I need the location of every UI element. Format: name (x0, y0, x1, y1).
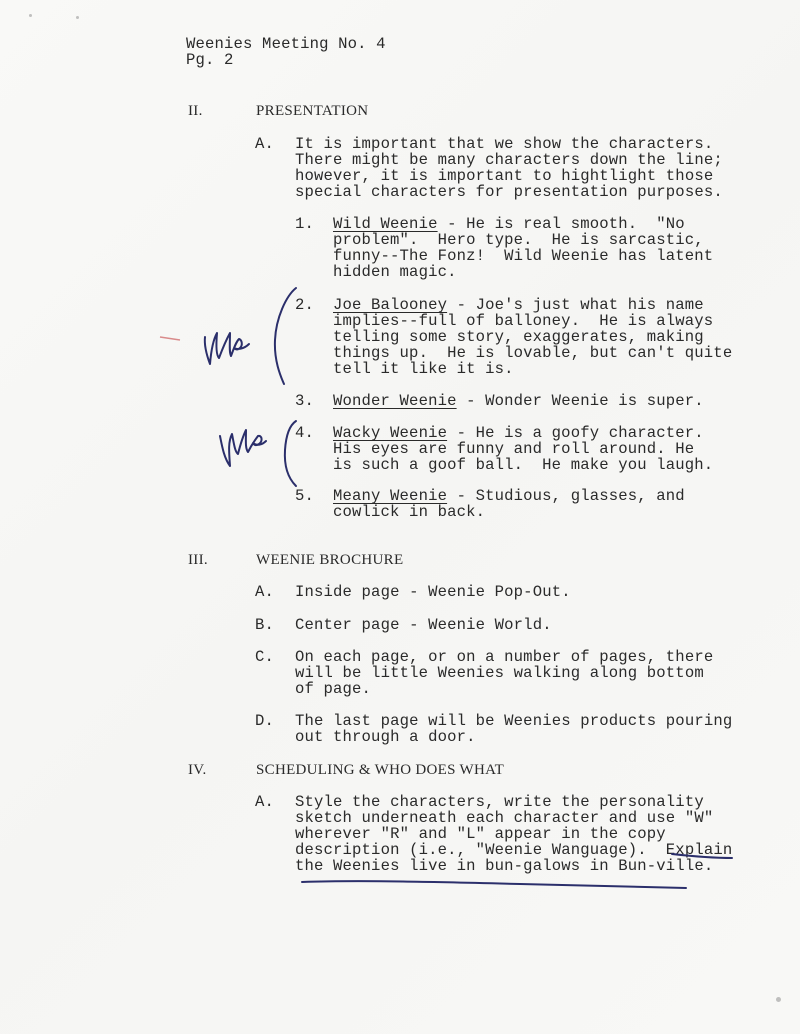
section-heading-presentation: PRESENTATION (256, 103, 368, 119)
paragraph-line: will be little Weenies walking along bot… (295, 665, 704, 681)
paragraph-line: The last page will be Weenies products p… (295, 713, 732, 729)
item-letter: D. (255, 713, 274, 729)
paragraph-line: problem". Hero type. He is sarcastic, (333, 232, 704, 248)
character-number: 5. (295, 488, 314, 504)
handwritten-note-roles-2 (220, 430, 266, 466)
paragraph-line: telling some story, exaggerates, making (333, 329, 704, 345)
paragraph-line: things up. He is lovable, but can't quit… (333, 345, 732, 361)
item-letter: B. (255, 617, 274, 633)
red-mark (160, 337, 180, 340)
item-letter-a: A. (255, 136, 274, 152)
section-numeral-iii: III. (188, 552, 208, 568)
section-numeral-ii: II. (188, 103, 203, 119)
item-letter-a: A. (255, 794, 274, 810)
paragraph-line: Style the characters, write the personal… (295, 794, 704, 810)
paragraph-line: description (i.e., "Weenie Wanguage). Ex… (295, 842, 732, 858)
paragraph-line: It is important that we show the charact… (295, 136, 713, 152)
section-heading-scheduling: SCHEDULING & WHO DOES WHAT (256, 762, 504, 778)
paragraph-line: hidden magic. (333, 264, 457, 280)
paper-speck (76, 16, 79, 19)
character-entry-wacky-weenie: Wacky Weenie - He is a goofy character. (333, 425, 704, 441)
document-page: Weenies Meeting No. 4 Pg. 2 II. PRESENTA… (0, 0, 800, 1034)
paper-speck (776, 997, 781, 1002)
paragraph-line: implies--full of balloney. He is always (333, 313, 713, 329)
document-title: Weenies Meeting No. 4 (186, 36, 386, 52)
section-numeral-iv: IV. (188, 762, 207, 778)
paper-speck (29, 14, 32, 17)
handwritten-note-roles-1 (205, 333, 249, 364)
paragraph-line: wherever "R" and "L" appear in the copy (295, 826, 666, 842)
bracket-icon (275, 288, 296, 384)
paragraph-line: His eyes are funny and roll around. He (333, 441, 694, 457)
character-number: 2. (295, 297, 314, 313)
paragraph-line: On each page, or on a number of pages, t… (295, 649, 713, 665)
character-entry-wonder-weenie: Wonder Weenie - Wonder Weenie is super. (333, 393, 704, 409)
paragraph-line: There might be many characters down the … (295, 152, 723, 168)
paragraph-line: tell it like it is. (333, 361, 514, 377)
character-desc: - Wonder Weenie is super. (457, 392, 704, 410)
page-number: Pg. 2 (186, 52, 234, 68)
character-name: Wonder Weenie (333, 392, 457, 410)
section-heading-brochure: WEENIE BROCHURE (256, 552, 403, 568)
character-entry-meany-weenie: Meany Weenie - Studious, glasses, and (333, 488, 685, 504)
paragraph-line: Center page - Weenie World. (295, 617, 552, 633)
character-number: 3. (295, 393, 314, 409)
paragraph-line: of page. (295, 681, 371, 697)
paragraph-line: the Weenies live in bun-galows in Bun-vi… (295, 858, 713, 874)
character-entry-wild-weenie: Wild Weenie - He is real smooth. "No (333, 216, 685, 232)
paragraph-line: sketch underneath each character and use… (295, 810, 713, 826)
item-letter: A. (255, 584, 274, 600)
handwritten-underline (302, 881, 686, 888)
paragraph-line: Inside page - Weenie Pop-Out. (295, 584, 571, 600)
paragraph-line: special characters for presentation purp… (295, 184, 723, 200)
item-letter: C. (255, 649, 274, 665)
paragraph-line: funny--The Fonz! Wild Weenie has latent (333, 248, 713, 264)
paragraph-line: out through a door. (295, 729, 476, 745)
paragraph-line: cowlick in back. (333, 504, 485, 520)
character-entry-joe-balooney: Joe Balooney - Joe's just what his name (333, 297, 704, 313)
paragraph-line: is such a goof ball. He make you laugh. (333, 457, 713, 473)
character-number: 1. (295, 216, 314, 232)
paragraph-line: however, it is important to hightlight t… (295, 168, 713, 184)
character-number: 4. (295, 425, 314, 441)
